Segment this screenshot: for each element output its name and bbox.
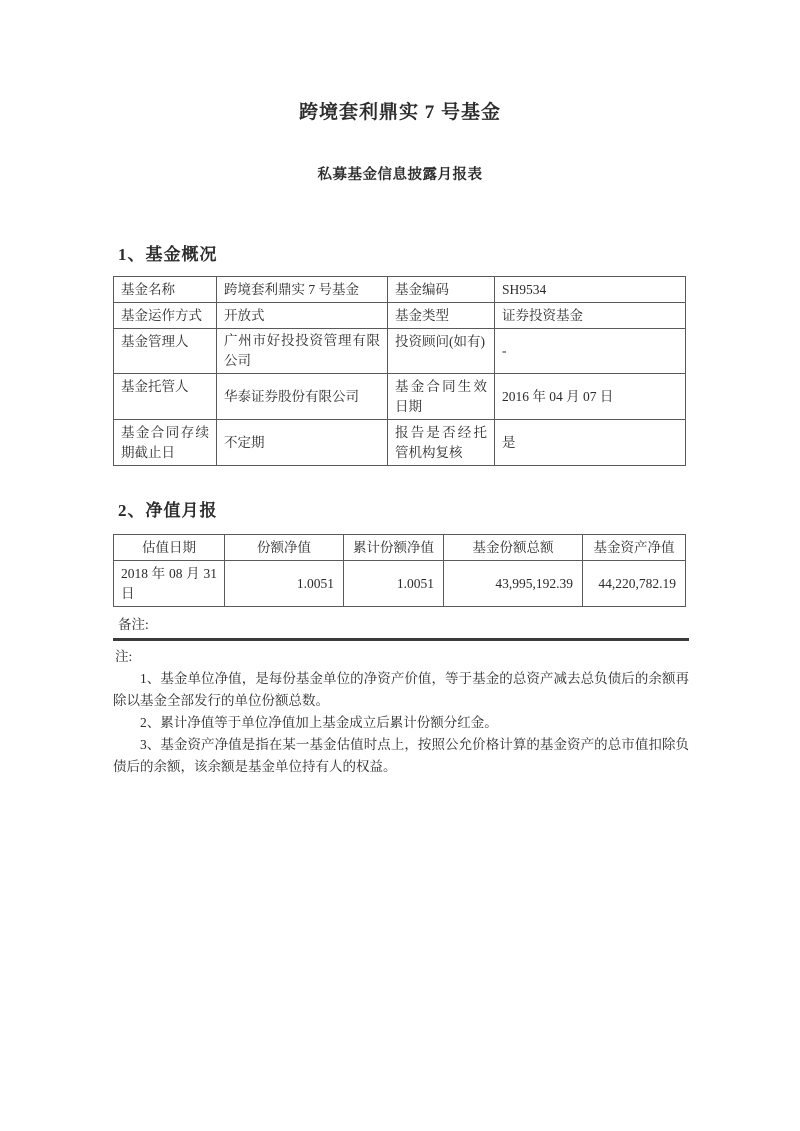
document-page: 跨境套利鼎实 7 号基金 私募基金信息披露月报表 1、基金概况 基金名称 跨境套… (0, 0, 800, 1131)
fund-overview-table: 基金名称 跨境套利鼎实 7 号基金 基金编码 SH9534 基金运作方式 开放式… (113, 276, 686, 466)
net-assets-cell: 44,220,782.19 (583, 561, 686, 607)
cell-label: 报告是否经托管机构复核 (388, 420, 495, 466)
table-row: 基金名称 跨境套利鼎实 7 号基金 基金编码 SH9534 (114, 277, 686, 303)
note-item: 2、累计净值等于单位净值加上基金成立后累计份额分红金。 (113, 712, 689, 734)
cell-value: - (495, 329, 686, 374)
cell-value: 不定期 (217, 420, 388, 466)
table-header-row: 估值日期 份额净值 累计份额净值 基金份额总额 基金资产净值 (114, 535, 686, 561)
column-header: 估值日期 (114, 535, 225, 561)
column-header: 基金份额总额 (444, 535, 583, 561)
cell-value: 2016 年 04 月 07 日 (495, 374, 686, 420)
cumulative-nav-cell: 1.0051 (344, 561, 444, 607)
page-subtitle: 私募基金信息披露月报表 (0, 163, 800, 184)
note-item: 1、基金单位净值，是每份基金单位的净资产价值，等于基金的总资产减去总负债后的余额… (113, 668, 689, 712)
cell-label: 基金类型 (388, 303, 495, 329)
cell-label: 基金运作方式 (114, 303, 217, 329)
document-body: 1、基金概况 基金名称 跨境套利鼎实 7 号基金 基金编码 SH9534 基金运… (113, 240, 689, 778)
cell-label: 基金名称 (114, 277, 217, 303)
notes-label: 注: (113, 646, 689, 668)
cell-value: 广州市好投投资管理有限公司 (217, 329, 388, 374)
notes-section: 注: 1、基金单位净值，是每份基金单位的净资产价值，等于基金的总资产减去总负债后… (113, 646, 689, 778)
cell-value: 跨境套利鼎实 7 号基金 (217, 277, 388, 303)
column-header: 份额净值 (225, 535, 344, 561)
section-heading-fund-overview: 1、基金概况 (113, 240, 689, 265)
nav-cell: 1.0051 (225, 561, 344, 607)
note-item: 3、基金资产净值是指在某一基金估值时点上，按照公允价格计算的基金资产的总市值扣除… (113, 734, 689, 778)
table-row: 基金合同存续期截止日 不定期 报告是否经托管机构复核 是 (114, 420, 686, 466)
cell-value: 证券投资基金 (495, 303, 686, 329)
cell-value: 是 (495, 420, 686, 466)
cell-value: SH9534 (495, 277, 686, 303)
table-row: 基金托管人 华泰证券股份有限公司 基金合同生效日期 2016 年 04 月 07… (114, 374, 686, 420)
cell-label: 基金托管人 (114, 374, 217, 420)
total-shares-cell: 43,995,192.39 (444, 561, 583, 607)
cell-value: 华泰证券股份有限公司 (217, 374, 388, 420)
cell-label: 基金编码 (388, 277, 495, 303)
cell-label: 投资顾问(如有) (388, 329, 495, 374)
cell-label: 基金合同存续期截止日 (114, 420, 217, 466)
cell-value: 开放式 (217, 303, 388, 329)
remark-label: 备注: (113, 611, 689, 641)
page-title: 跨境套利鼎实 7 号基金 (0, 0, 800, 124)
valuation-date-cell: 2018 年 08 月 31 日 (114, 561, 225, 607)
section-heading-nav-report: 2、净值月报 (113, 496, 689, 521)
cell-label: 基金合同生效日期 (388, 374, 495, 420)
column-header: 基金资产净值 (583, 535, 686, 561)
nav-report-table: 估值日期 份额净值 累计份额净值 基金份额总额 基金资产净值 2018 年 08… (113, 534, 686, 607)
cell-label: 基金管理人 (114, 329, 217, 374)
table-row: 基金管理人 广州市好投投资管理有限公司 投资顾问(如有) - (114, 329, 686, 374)
table-row: 2018 年 08 月 31 日 1.0051 1.0051 43,995,19… (114, 561, 686, 607)
column-header: 累计份额净值 (344, 535, 444, 561)
table-row: 基金运作方式 开放式 基金类型 证券投资基金 (114, 303, 686, 329)
